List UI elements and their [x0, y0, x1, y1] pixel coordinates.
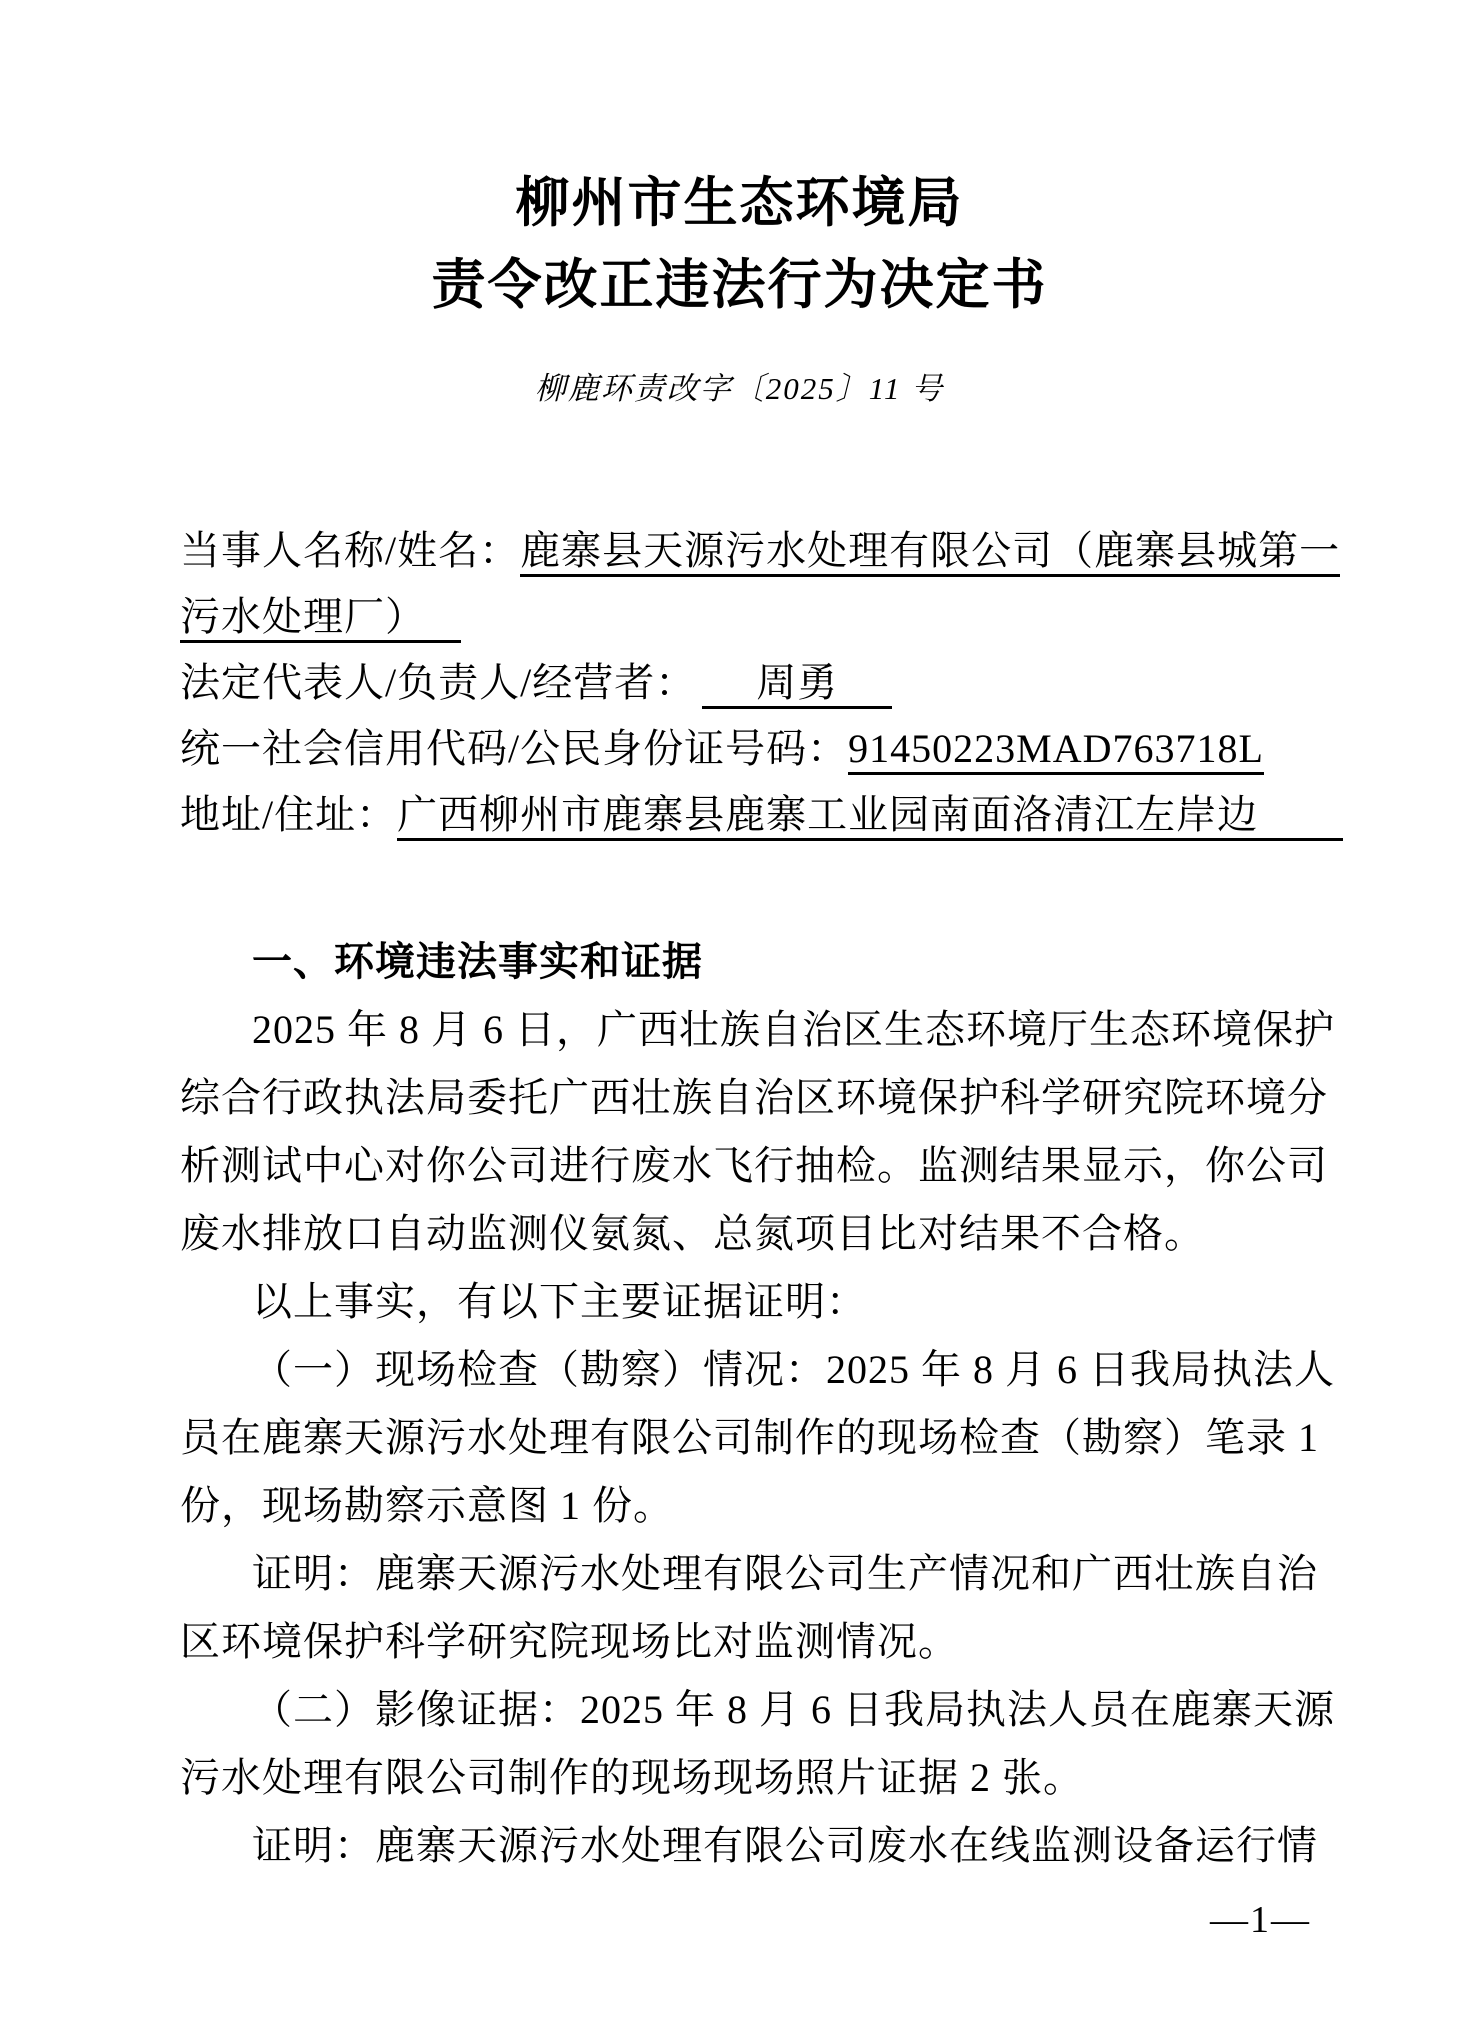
- party-name-value-part1: 鹿寨县天源污水处理有限公司（鹿寨县城第一: [520, 528, 1340, 577]
- page-number: —1—: [1210, 1898, 1311, 1942]
- body-line: 区环境保护科学研究院现场比对监测情况。: [180, 1608, 1326, 1676]
- party-name-value-part2: 污水处理厂）: [180, 594, 461, 643]
- address-line: 地址/住址：广西柳州市鹿寨县鹿寨工业园南面洛清江左岸边: [180, 782, 1326, 848]
- section1-body: 2025 年 8 月 6 日，广西壮族自治区生态环境厅生态环境保护 综合行政执法…: [180, 996, 1326, 1880]
- doc-number: 柳鹿环责改字〔2025〕11 号: [0, 366, 1479, 412]
- legal-rep-label: 法定代表人/负责人/经营者：: [180, 660, 696, 705]
- credit-code-line: 统一社会信用代码/公民身份证号码：91450223MAD763718L: [180, 716, 1326, 782]
- body-line: 以上事实，有以下主要证据证明：: [180, 1268, 1326, 1336]
- legal-rep-value: 周勇: [702, 660, 892, 709]
- body-line: 污水处理有限公司制作的现场现场照片证据 2 张。: [180, 1744, 1326, 1812]
- party-info-section: 当事人名称/姓名：鹿寨县天源污水处理有限公司（鹿寨县城第一 污水处理厂） 法定代…: [180, 518, 1326, 848]
- body-line: 析测试中心对你公司进行废水飞行抽检。监测结果显示，你公司: [180, 1132, 1326, 1200]
- party-name-label: 当事人名称/姓名：: [180, 528, 520, 573]
- body-line: 证明：鹿寨天源污水处理有限公司生产情况和广西壮族自治: [180, 1540, 1326, 1608]
- body-line: 证明：鹿寨天源污水处理有限公司废水在线监测设备运行情: [180, 1812, 1326, 1880]
- document-page: 柳州市生态环境局 责令改正违法行为决定书 柳鹿环责改字〔2025〕11 号 当事…: [0, 0, 1479, 2039]
- body-line: （二）影像证据：2025 年 8 月 6 日我局执法人员在鹿寨天源: [180, 1676, 1326, 1744]
- credit-code-value: 91450223MAD763718L: [848, 726, 1264, 775]
- body-line: 员在鹿寨天源污水处理有限公司制作的现场检查（勘察）笔录 1: [180, 1404, 1326, 1472]
- body-line: 废水排放口自动监测仪氨氮、总氮项目比对结果不合格。: [180, 1200, 1326, 1268]
- body-line: 份，现场勘察示意图 1 份。: [180, 1472, 1326, 1540]
- body-line: （一）现场检查（勘察）情况：2025 年 8 月 6 日我局执法人: [180, 1336, 1326, 1404]
- credit-code-label: 统一社会信用代码/公民身份证号码：: [180, 726, 848, 771]
- org-title: 柳州市生态环境局: [0, 168, 1479, 238]
- section1-heading: 一、环境违法事实和证据: [180, 928, 1326, 996]
- address-label: 地址/住址：: [180, 792, 397, 837]
- doc-type-title: 责令改正违法行为决定书: [0, 250, 1479, 320]
- address-value: 广西柳州市鹿寨县鹿寨工业园南面洛清江左岸边: [397, 792, 1343, 841]
- body-line: 综合行政执法局委托广西壮族自治区环境保护科学研究院环境分: [180, 1064, 1326, 1132]
- legal-rep-line: 法定代表人/负责人/经营者：周勇: [180, 650, 1326, 716]
- party-name-line2: 污水处理厂）: [180, 584, 1326, 650]
- party-name-line1: 当事人名称/姓名：鹿寨县天源污水处理有限公司（鹿寨县城第一: [180, 518, 1326, 584]
- body-line: 2025 年 8 月 6 日，广西壮族自治区生态环境厅生态环境保护: [180, 996, 1326, 1064]
